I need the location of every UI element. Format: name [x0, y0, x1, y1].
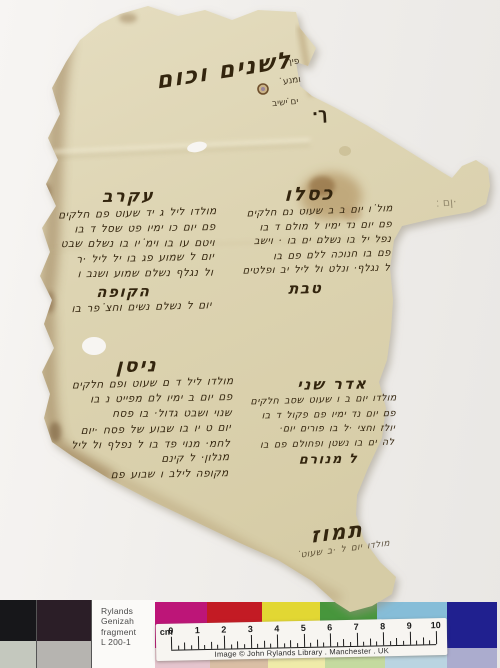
ruler-number: 9 [407, 621, 412, 631]
manuscript-section-adar-sheni: אדר שני מולדו יום ב ו שעוט שסב חלקיםפם י… [263, 374, 398, 468]
ruler-tick [330, 633, 331, 646]
manuscript-line: Genizah [101, 616, 156, 626]
manuscript-line: יום ל נשלם נשים וחצ̇ פר בו [33, 298, 212, 317]
ruler-tick [204, 645, 205, 649]
ruler-tick [390, 641, 391, 645]
ruler-tick [383, 632, 384, 645]
ruler-tick [303, 634, 304, 647]
ruler-number: 3 [248, 624, 253, 634]
institution-label-card: RylandsGenizahfragmentL 200-1 [92, 600, 156, 668]
ruler-tick [184, 642, 185, 649]
manuscript-line: fragment [101, 627, 156, 637]
ruler-tick [409, 632, 410, 645]
ruler-tick [171, 637, 172, 650]
manuscript-title: לשנים וכום [128, 47, 293, 99]
manuscript-remnant-text: ים̇ ישיב [272, 97, 299, 109]
manuscript-line: Rylands [101, 606, 156, 616]
ruler-number: 5 [301, 623, 306, 633]
photograph-stage: RylandsGenizahfragmentL 200-1 cm Image ©… [0, 0, 500, 668]
ruler-tick [211, 642, 212, 649]
ruler-tick [310, 643, 311, 647]
ruler-tick [237, 641, 238, 648]
ruler-tick [257, 644, 258, 648]
ruler-tick [224, 636, 225, 649]
ruler-tick [416, 641, 417, 645]
ruler-number: 4 [274, 623, 279, 633]
ruler-number: 10 [431, 620, 441, 630]
ruler-tick [178, 646, 179, 650]
grayscale-patch [37, 641, 92, 668]
color-patch [447, 602, 497, 648]
manuscript-remnant-text: ·ןם ׃ [436, 195, 457, 209]
manuscript-remnant-text: ומנע̇ [282, 75, 301, 87]
manuscript-line: L 200-1 [101, 637, 156, 647]
manuscript-line: פם יום נד ימיו פם פקול ד בו [266, 407, 397, 424]
ruler-number: 1 [195, 625, 200, 635]
institution-label: RylandsGenizahfragmentL 200-1 [101, 606, 156, 648]
ruler-tick [277, 634, 278, 647]
ruler-tick [396, 638, 397, 645]
ruler-tick [429, 640, 430, 644]
ruler-tick [376, 641, 377, 645]
manuscript-section-kislev: כסלו מול̇ ו יום ב ב שעוט נם חלקיםפם יום … [221, 181, 394, 299]
grayscale-patch [0, 600, 37, 641]
ruler-tick [363, 642, 364, 646]
ruler-tick [297, 643, 298, 647]
section-subheader: ל מנורם [263, 451, 394, 468]
ruler-tick [264, 641, 265, 648]
ruler-tick [191, 645, 192, 649]
manuscript-remnant-text: פיך [287, 56, 300, 67]
color-patch [447, 648, 497, 668]
ruler-tick [244, 644, 245, 648]
ruler-tick [284, 643, 285, 647]
ruler-tick [436, 631, 437, 644]
manuscript-section-nisan: ניסן מולדו ליל ד ם שעוט ופם חלקיםפם יום … [33, 353, 235, 485]
ruler-number: 8 [380, 621, 385, 631]
ruler-tick [403, 641, 404, 645]
manuscript-section-heshvan: עקרב מולדו ליל ג יד שעוט פם חלקיםפם יום … [33, 185, 218, 316]
ruler-tick [343, 639, 344, 646]
manuscript-line: מקופה לילב ו שבוע פם [33, 466, 229, 485]
ruler-number: 2 [221, 625, 226, 635]
ruler-number: 6 [327, 622, 332, 632]
ruler-tick [197, 636, 198, 649]
manuscript-section-tammuz: תמוז מולדו יום ל ·ב שעוט̇ [285, 514, 390, 563]
manuscript-fragment [0, 0, 500, 668]
grayscale-patch [0, 641, 37, 668]
ruler-number: 0 [168, 626, 173, 636]
ruler-tick [270, 644, 271, 648]
grayscale-calibration-card [0, 600, 92, 668]
ruler-tick [350, 642, 351, 646]
cm-ruler: cm Image © John Rylands Library . Manche… [156, 618, 448, 661]
manuscript-line: ול נגלף נשלם שמוע ושנב ו [35, 266, 214, 283]
ruler-tick [370, 639, 371, 646]
ruler-tick [217, 645, 218, 649]
ruler-tick [231, 644, 232, 648]
manuscript-line: יולז וחצי ·ל בו פורים יום· [265, 422, 396, 437]
ruler-tick [317, 640, 318, 647]
ruler-tick [250, 635, 251, 648]
ruler-number: 7 [354, 622, 359, 632]
ruler-tick [356, 633, 357, 646]
ruler-tick [323, 643, 324, 647]
grayscale-patch [37, 600, 92, 641]
manuscript-remnant-text: ך· [312, 104, 328, 124]
ruler-tick [337, 642, 338, 646]
manuscript-line: לה ים בו נשטן ופחולם פם בו [264, 435, 395, 452]
ruler-tick [423, 637, 424, 644]
ruler-tick [290, 640, 291, 647]
section-subheader: טבת [221, 277, 390, 299]
